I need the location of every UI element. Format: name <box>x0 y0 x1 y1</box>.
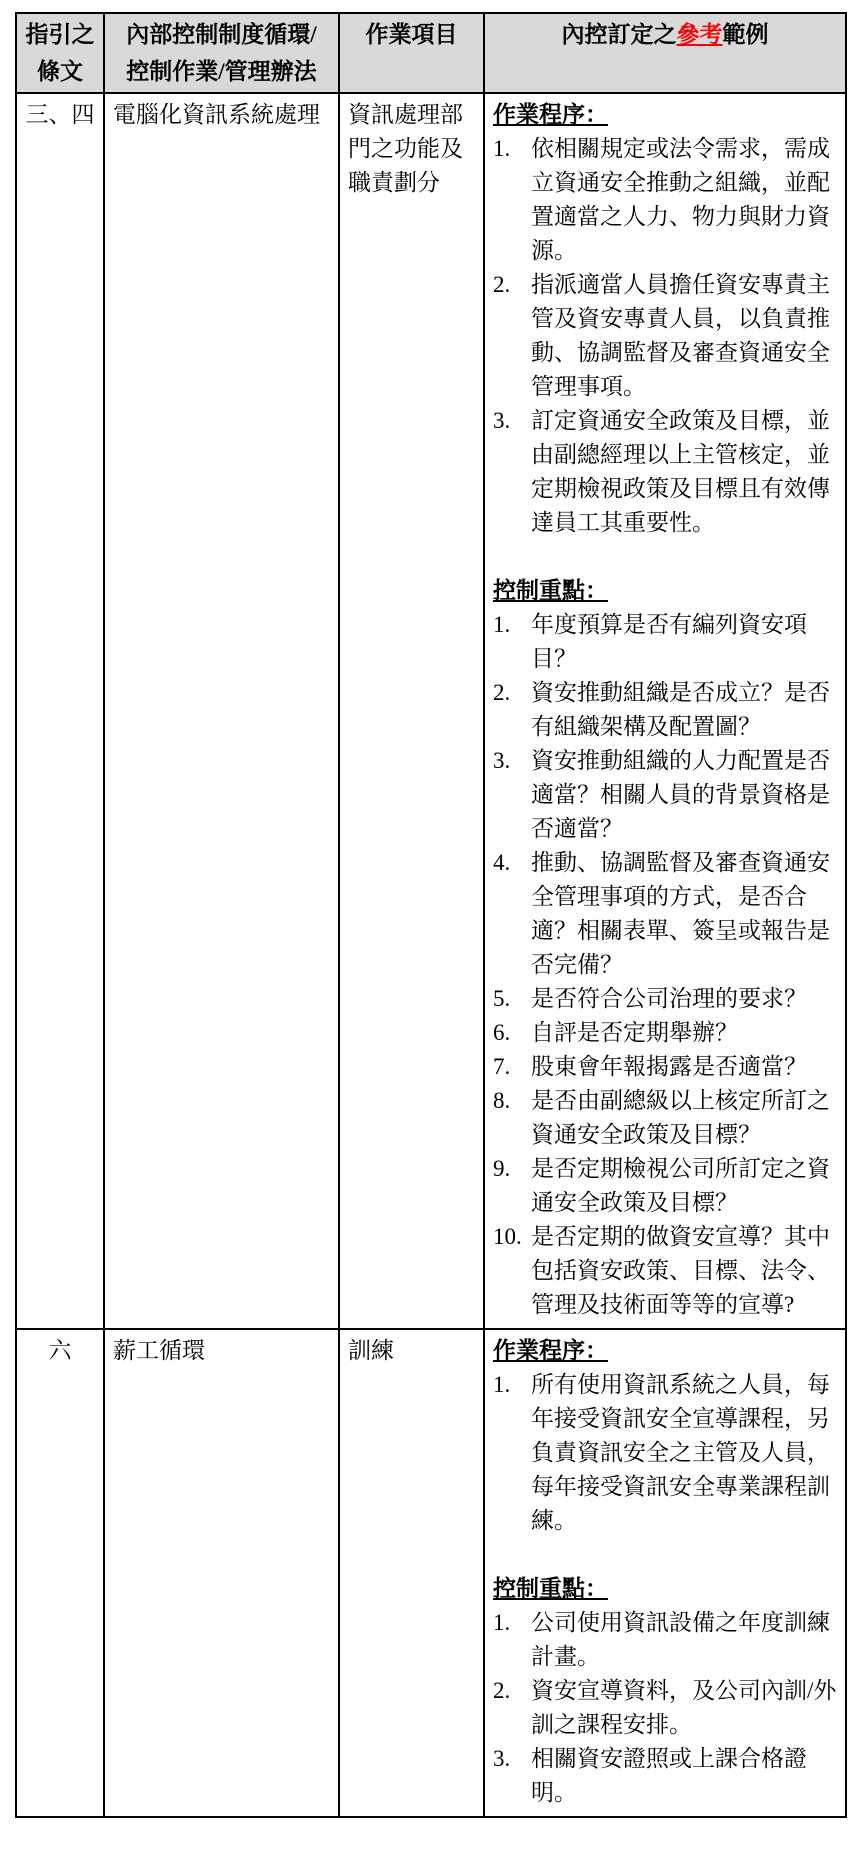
list-item: 3.訂定資通安全政策及目標，並由副總經理以上主管核定，並定期檢視政策及目標且有效… <box>493 404 839 540</box>
list-item: 8.是否由副總級以上核定所訂之資通安全政策及目標？ <box>493 1084 839 1152</box>
list-item-text: 資安推動組織的人力配置是否適當？相關人員的背景資格是否適當？ <box>531 744 839 846</box>
table-row-computerized-info-systems: 三、四 電腦化資訊系統處理 資訊處理部 門之功能及 職責劃分 作業程序： 1.依… <box>16 93 846 1329</box>
procedure-heading: 作業程序： <box>493 1334 839 1368</box>
control-points-section: 控制重點： 1.年度預算是否有編列資安項目？2.資安推動組織是否成立？是否有組織… <box>493 574 839 1322</box>
cell-control-cycle: 薪工循環 <box>104 1329 339 1817</box>
list-item-number: 2. <box>493 1674 531 1708</box>
header-example-prefix: 內控訂定之 <box>562 22 677 47</box>
procedure-section: 作業程序： 1.所有使用資訊系統之人員，每年接受資訊安全宣導課程，另負責資訊安全… <box>493 1334 839 1538</box>
list-item: 2.資安推動組織是否成立？是否有組織架構及配置圖？ <box>493 676 839 744</box>
list-item: 1.所有使用資訊系統之人員，每年接受資訊安全宣導課程，另負責資訊安全之主管及人員… <box>493 1368 839 1538</box>
procedure-section: 作業程序： 1.依相關規定或法令需求，需成立資通安全推動之組織，並配置適當之人力… <box>493 98 839 540</box>
list-item-number: 4. <box>493 846 531 880</box>
header-reference-example: 內控訂定之參考範例 <box>484 13 846 93</box>
section-gap <box>493 540 839 574</box>
list-item-number: 3. <box>493 744 531 778</box>
header-example-highlight: 參考 <box>677 22 723 47</box>
list-item-number: 7. <box>493 1050 531 1084</box>
list-item: 7.股東會年報揭露是否適當？ <box>493 1050 839 1084</box>
list-item-number: 3. <box>493 404 531 438</box>
list-item-number: 8. <box>493 1084 531 1118</box>
header-example-suffix: 範例 <box>723 22 769 47</box>
list-item: 1.依相關規定或法令需求，需成立資通安全推動之組織，並配置適當之人力、物力與財力… <box>493 132 839 268</box>
list-item-text: 公司使用資訊設備之年度訓練計畫。 <box>531 1606 839 1674</box>
list-item: 2.指派適當人員擔任資安專責主管及資安專責人員，以負責推動、協調監督及審查資通安… <box>493 268 839 404</box>
list-item-text: 相關資安證照或上課合格證明。 <box>531 1742 839 1810</box>
header-guideline-article: 指引之 條文 <box>16 13 104 93</box>
procedure-list: 1.所有使用資訊系統之人員，每年接受資訊安全宣導課程，另負責資訊安全之主管及人員… <box>493 1368 839 1538</box>
cell-control-cycle: 電腦化資訊系統處理 <box>104 93 339 1329</box>
header-row: 指引之 條文 內部控制制度循環/ 控制作業/管理辦法 作業項目 內控訂定之參考範… <box>16 13 846 93</box>
list-item-text: 依相關規定或法令需求，需成立資通安全推動之組織，並配置適當之人力、物力與財力資源… <box>531 132 839 268</box>
cell-guideline-article: 六 <box>16 1329 104 1817</box>
list-item: 6.自評是否定期舉辦？ <box>493 1016 839 1050</box>
control-points-list: 1.公司使用資訊設備之年度訓練計畫。2.資安宣導資料，及公司內訓/外訓之課程安排… <box>493 1606 839 1810</box>
internal-control-table: 指引之 條文 內部控制制度循環/ 控制作業/管理辦法 作業項目 內控訂定之參考範… <box>15 12 847 1818</box>
list-item: 3.相關資安證照或上課合格證明。 <box>493 1742 839 1810</box>
list-item-number: 10. <box>493 1220 531 1254</box>
list-item: 5.是否符合公司治理的要求？ <box>493 982 839 1016</box>
list-item-text: 是否符合公司治理的要求？ <box>531 982 839 1016</box>
list-item-number: 1. <box>493 132 531 166</box>
control-points-heading: 控制重點： <box>493 574 839 608</box>
procedure-list: 1.依相關規定或法令需求，需成立資通安全推動之組織，並配置適當之人力、物力與財力… <box>493 132 839 540</box>
control-points-section: 控制重點： 1.公司使用資訊設備之年度訓練計畫。2.資安宣導資料，及公司內訓/外… <box>493 1572 839 1810</box>
section-gap <box>493 1538 839 1572</box>
cell-guideline-article: 三、四 <box>16 93 104 1329</box>
header-operation-item: 作業項目 <box>339 13 484 93</box>
list-item-number: 2. <box>493 676 531 710</box>
list-item: 1.公司使用資訊設備之年度訓練計畫。 <box>493 1606 839 1674</box>
list-item-text: 是否定期的做資安宣導？其中包括資安政策、目標、法令、管理及技術面等等的宣導? <box>531 1220 839 1322</box>
list-item-number: 9. <box>493 1152 531 1186</box>
list-item-text: 訂定資通安全政策及目標，並由副總經理以上主管核定，並定期檢視政策及目標且有效傳達… <box>531 404 839 540</box>
procedure-heading: 作業程序： <box>493 98 839 132</box>
list-item-text: 所有使用資訊系統之人員，每年接受資訊安全宣導課程，另負責資訊安全之主管及人員，每… <box>531 1368 839 1538</box>
control-points-heading: 控制重點： <box>493 1572 839 1606</box>
list-item-text: 自評是否定期舉辦？ <box>531 1016 839 1050</box>
cell-reference-example: 作業程序： 1.所有使用資訊系統之人員，每年接受資訊安全宣導課程，另負責資訊安全… <box>484 1329 846 1817</box>
list-item-text: 股東會年報揭露是否適當？ <box>531 1050 839 1084</box>
list-item-text: 資安推動組織是否成立？是否有組織架構及配置圖？ <box>531 676 839 744</box>
list-item-text: 指派適當人員擔任資安專責主管及資安專責人員，以負責推動、協調監督及審查資通安全管… <box>531 268 839 404</box>
list-item-number: 6. <box>493 1016 531 1050</box>
list-item: 10.是否定期的做資安宣導？其中包括資安政策、目標、法令、管理及技術面等等的宣導… <box>493 1220 839 1322</box>
list-item-text: 資安宣導資料，及公司內訓/外訓之課程安排。 <box>531 1674 839 1742</box>
list-item-number: 1. <box>493 608 531 642</box>
header-control-cycle: 內部控制制度循環/ 控制作業/管理辦法 <box>104 13 339 93</box>
table-row-payroll-cycle: 六 薪工循環 訓練 作業程序： 1.所有使用資訊系統之人員，每年接受資訊安全宣導… <box>16 1329 846 1817</box>
list-item: 3.資安推動組織的人力配置是否適當？相關人員的背景資格是否適當？ <box>493 744 839 846</box>
list-item-text: 推動、協調監督及審查資通安全管理事項的方式，是否合適？相關表單、簽呈或報告是否完… <box>531 846 839 982</box>
list-item: 9.是否定期檢視公司所訂定之資通安全政策及目標？ <box>493 1152 839 1220</box>
list-item-number: 1. <box>493 1368 531 1402</box>
list-item-number: 5. <box>493 982 531 1016</box>
list-item: 4.推動、協調監督及審查資通安全管理事項的方式，是否合適？相關表單、簽呈或報告是… <box>493 846 839 982</box>
cell-operation-item: 資訊處理部 門之功能及 職責劃分 <box>339 93 484 1329</box>
control-points-list: 1.年度預算是否有編列資安項目？2.資安推動組織是否成立？是否有組織架構及配置圖… <box>493 608 839 1322</box>
list-item-number: 3. <box>493 1742 531 1776</box>
list-item-number: 2. <box>493 268 531 302</box>
list-item: 2.資安宣導資料，及公司內訓/外訓之課程安排。 <box>493 1674 839 1742</box>
cell-operation-item: 訓練 <box>339 1329 484 1817</box>
list-item-number: 1. <box>493 1606 531 1640</box>
cell-reference-example: 作業程序： 1.依相關規定或法令需求，需成立資通安全推動之組織，並配置適當之人力… <box>484 93 846 1329</box>
list-item-text: 年度預算是否有編列資安項目？ <box>531 608 839 676</box>
list-item-text: 是否定期檢視公司所訂定之資通安全政策及目標？ <box>531 1152 839 1220</box>
list-item: 1.年度預算是否有編列資安項目？ <box>493 608 839 676</box>
list-item-text: 是否由副總級以上核定所訂之資通安全政策及目標？ <box>531 1084 839 1152</box>
